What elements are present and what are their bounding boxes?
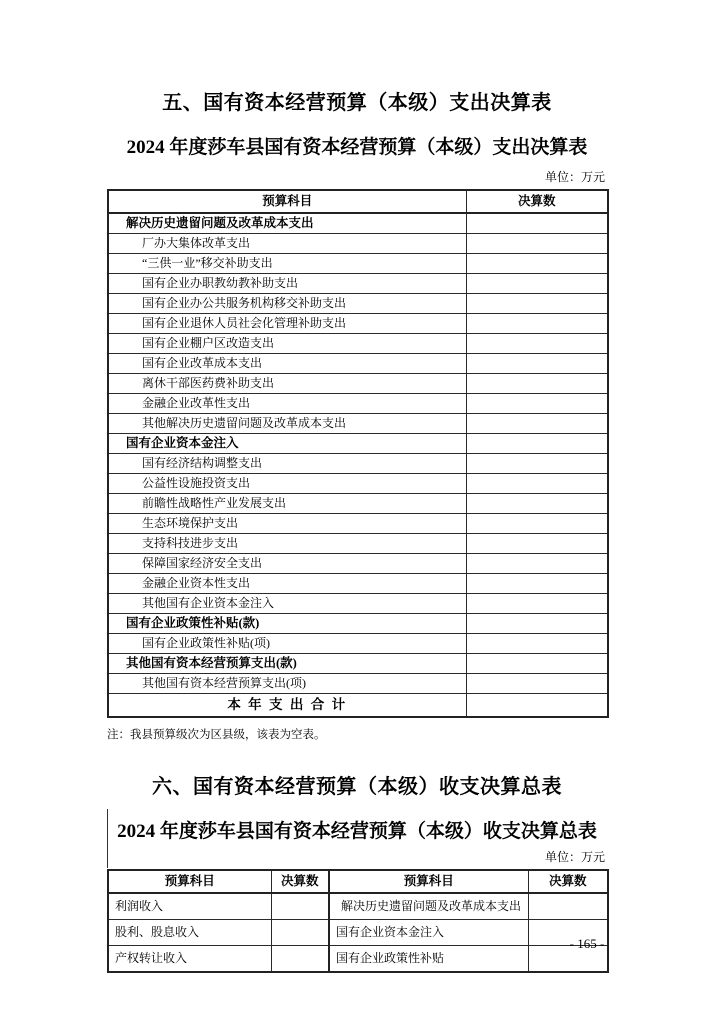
budget-subject-cell: 国有企业办公共服务机构移交补助支出 [108,294,466,314]
final-amount-cell [466,434,608,454]
table-row: 金融企业改革性支出 [108,394,608,414]
table-row: 厂办大集体改革支出 [108,234,608,254]
table-row: 保障国家经济安全支出 [108,554,608,574]
table-header-row: 预算科目 决算数 [108,190,608,213]
amount-column-header: 决算数 [466,190,608,213]
table-row: “三供一业”移交补助支出 [108,254,608,274]
revenue-amount-cell [271,893,329,920]
document-page: 五、国有资本经营预算（本级）支出决算表 2024 年度莎车县国有资本经营预算（本… [0,0,714,1010]
table-header-row: 预算科目 决算数 预算科目 决算数 [108,870,608,893]
final-amount-cell [466,474,608,494]
section6-subtitle: 2024 年度莎车县国有资本经营预算（本级）收支决算总表 [107,822,607,843]
final-amount-cell [466,394,608,414]
budget-subject-cell: 金融企业资本性支出 [108,574,466,594]
budget-subject-cell: 国有企业政策性补贴(项) [108,634,466,654]
revenue-subject-cell: 产权转让收入 [108,945,271,972]
section6-heading: 六、国有资本经营预算（本级）收支决算总表 [107,776,607,798]
budget-subject-cell: 国有企业改革成本支出 [108,354,466,374]
final-amount-cell [466,554,608,574]
revenue-amount-cell [271,945,329,972]
final-amount-cell [466,274,608,294]
budget-subject-cell: 国有企业退休人员社会化管理补助支出 [108,314,466,334]
table-row: 国有企业退休人员社会化管理补助支出 [108,314,608,334]
table-row: 国有企业棚户区改造支出 [108,334,608,354]
budget-subject-cell: 金融企业改革性支出 [108,394,466,414]
section5-note: 注：我县预算级次为区县级，该表为空表。 [107,729,607,743]
budget-subject-cell: 保障国家经济安全支出 [108,554,466,574]
expenditure-table: 预算科目 决算数 解决历史遗留问题及改革成本支出厂办大集体改革支出“三供一业”移… [107,189,609,718]
table-row: 前瞻性战略性产业发展支出 [108,494,608,514]
final-amount-cell [466,314,608,334]
table-row: 国有企业资本金注入 [108,434,608,454]
final-amount-cell [466,654,608,674]
budget-subject-cell: 前瞻性战略性产业发展支出 [108,494,466,514]
final-amount-cell [466,234,608,254]
budget-subject-cell: 解决历史遗留问题及改革成本支出 [108,213,466,234]
table-row: 离休干部医药费补助支出 [108,374,608,394]
budget-subject-cell: 离休干部医药费补助支出 [108,374,466,394]
table-row: 利润收入解决历史遗留问题及改革成本支出 [108,893,608,920]
table-row: 支持科技进步支出 [108,534,608,554]
budget-subject-cell: 厂办大集体改革支出 [108,234,466,254]
section-expenditure-table: 五、国有资本经营预算（本级）支出决算表 2024 年度莎车县国有资本经营预算（本… [107,0,607,743]
table-row: 金融企业资本性支出 [108,574,608,594]
table-row: 本 年 支 出 合 计 [108,694,608,718]
expenditure-subject-cell: 国有企业资本金注入 [329,919,528,945]
amount-column-header: 决算数 [528,870,608,893]
final-amount-cell [466,634,608,654]
final-amount-cell [466,354,608,374]
table-row: 解决历史遗留问题及改革成本支出 [108,213,608,234]
expenditure-amount-cell [528,893,608,920]
budget-subject-cell: 支持科技进步支出 [108,534,466,554]
budget-subject-cell: 国有企业政策性补贴(款) [108,614,466,634]
budget-subject-cell: 国有企业办职教幼教补助支出 [108,274,466,294]
final-amount-cell [466,334,608,354]
budget-subject-cell: “三供一业”移交补助支出 [108,254,466,274]
budget-subject-cell: 本 年 支 出 合 计 [108,694,466,718]
budget-subject-cell: 其他国有资本经营预算支出(款) [108,654,466,674]
subject-column-header: 预算科目 [108,190,466,213]
final-amount-cell [466,674,608,694]
revenue-subject-cell: 利润收入 [108,893,271,920]
final-amount-cell [466,614,608,634]
final-amount-cell [466,534,608,554]
section6-unit-label: 单位：万元 [107,851,607,864]
final-amount-cell [466,374,608,394]
revenue-amount-cell [271,919,329,945]
table-row: 国有经济结构调整支出 [108,454,608,474]
budget-subject-cell: 国有企业棚户区改造支出 [108,334,466,354]
final-amount-cell [466,454,608,474]
section5-heading: 五、国有资本经营预算（本级）支出决算表 [107,0,607,114]
budget-subject-cell: 其他解决历史遗留问题及改革成本支出 [108,414,466,434]
final-amount-cell [466,494,608,514]
expenditure-subject-cell: 国有企业政策性补贴 [329,945,528,972]
budget-subject-cell: 其他国有企业资本金注入 [108,594,466,614]
expenditure-subject-cell: 解决历史遗留问题及改革成本支出 [329,893,528,920]
final-amount-cell [466,414,608,434]
final-amount-cell [466,294,608,314]
table-row: 国有企业政策性补贴(款) [108,614,608,634]
table-row: 国有企业办公共服务机构移交补助支出 [108,294,608,314]
table-row: 其他国有企业资本金注入 [108,594,608,614]
table-row: 其他国有资本经营预算支出(项) [108,674,608,694]
table-row: 生态环境保护支出 [108,514,608,534]
table-row: 其他解决历史遗留问题及改革成本支出 [108,414,608,434]
table-row: 产权转让收入国有企业政策性补贴 [108,945,608,972]
subject-column-header: 预算科目 [108,870,271,893]
table-row: 股利、股息收入国有企业资本金注入 [108,919,608,945]
budget-subject-cell: 其他国有资本经营预算支出(项) [108,674,466,694]
section5-subtitle: 2024 年度莎车县国有资本经营预算（本级）支出决算表 [107,138,607,159]
final-amount-cell [466,574,608,594]
revenue-subject-cell: 股利、股息收入 [108,919,271,945]
budget-subject-cell: 国有企业资本金注入 [108,434,466,454]
amount-column-header: 决算数 [271,870,329,893]
budget-subject-cell: 国有经济结构调整支出 [108,454,466,474]
section-summary-table: 六、国有资本经营预算（本级）收支决算总表 2024 年度莎车县国有资本经营预算（… [107,776,607,973]
final-amount-cell [466,254,608,274]
table-row: 国有企业办职教幼教补助支出 [108,274,608,294]
table-row: 公益性设施投资支出 [108,474,608,494]
left-margin-line [107,809,108,868]
section5-unit-label: 单位：万元 [107,171,607,184]
final-amount-cell [466,514,608,534]
table-row: 其他国有资本经营预算支出(款) [108,654,608,674]
summary-table: 预算科目 决算数 预算科目 决算数 利润收入解决历史遗留问题及改革成本支出股利、… [107,869,609,973]
page-number: - 165 - [537,936,637,952]
final-amount-cell [466,694,608,718]
budget-subject-cell: 公益性设施投资支出 [108,474,466,494]
final-amount-cell [466,594,608,614]
subject-column-header: 预算科目 [329,870,528,893]
budget-subject-cell: 生态环境保护支出 [108,514,466,534]
table-row: 国有企业改革成本支出 [108,354,608,374]
final-amount-cell [466,213,608,234]
table-row: 国有企业政策性补贴(项) [108,634,608,654]
